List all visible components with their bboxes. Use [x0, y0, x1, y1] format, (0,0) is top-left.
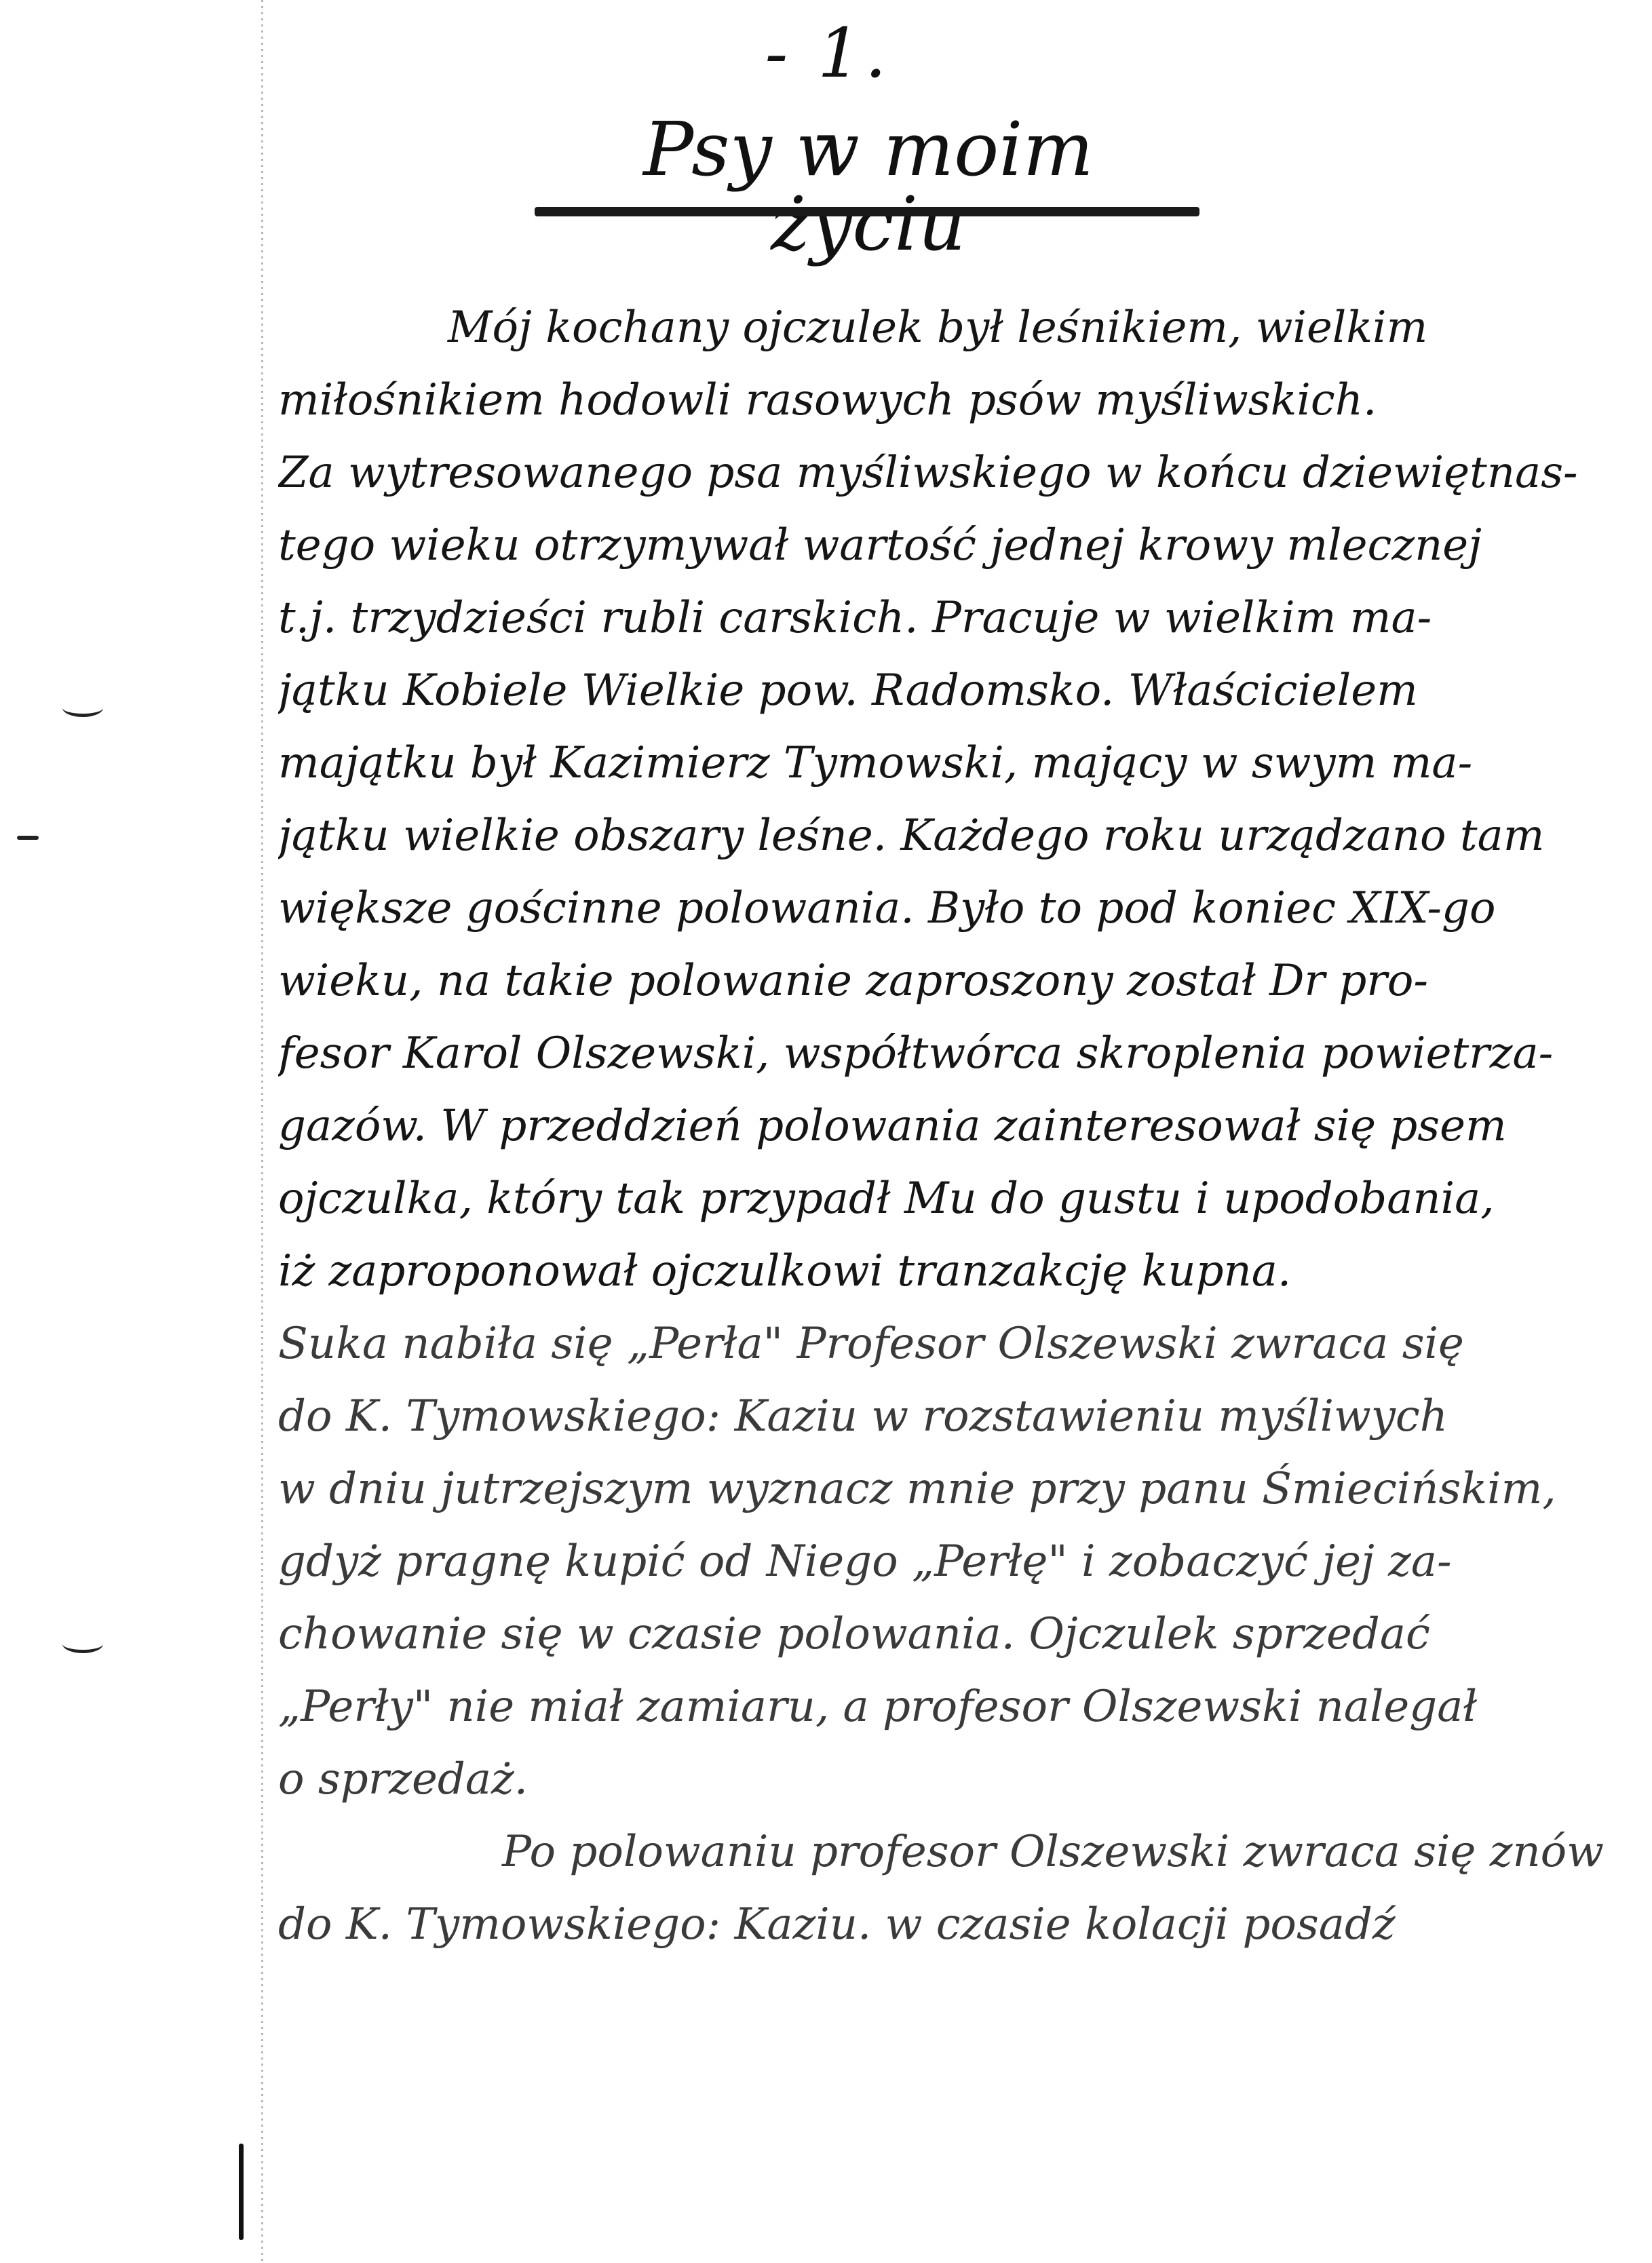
text-line: do K. Tymowskiego: Kaziu. w czasie kolac…	[278, 1889, 1635, 1961]
handwritten-body: Mój kochany ojczulek był leśnikiem, wiel…	[278, 292, 1635, 1961]
punch-hole-mark	[62, 699, 103, 717]
text-line: gdyż pragnę kupić od Niego „Perłę" i zob…	[278, 1526, 1635, 1598]
title-underline	[535, 207, 1199, 216]
text-line: fesor Karol Olszewski, współtwórca skrop…	[278, 1018, 1635, 1090]
text-line: Suka nabiła się „Perła" Profesor Olszews…	[278, 1308, 1635, 1380]
punch-hole-mark	[62, 1635, 103, 1653]
text-line: t.j. trzydzieści rubli carskich. Pracuje…	[278, 582, 1635, 655]
margin-dash-mark	[17, 836, 39, 840]
text-line: majątku był Kazimierz Tymowski, mający w…	[278, 727, 1635, 800]
text-line: w dniu jutrzejszym wyznacz mnie przy pan…	[278, 1453, 1635, 1526]
text-line: o sprzedaż.	[278, 1743, 1635, 1816]
page-title: Psy w moim życiu	[536, 112, 1201, 261]
text-line: chowanie się w czasie polowania. Ojczule…	[278, 1598, 1635, 1671]
text-line: większe gościnne polowania. Było to pod …	[278, 872, 1635, 945]
margin-ink-stroke	[239, 2144, 244, 2240]
text-line: gazów. W przeddzień polowania zaintereso…	[278, 1090, 1635, 1163]
text-line: Mój kochany ojczulek był leśnikiem, wiel…	[278, 292, 1635, 364]
text-line: do K. Tymowskiego: Kaziu w rozstawieniu …	[278, 1380, 1635, 1453]
text-line: miłośnikiem hodowli rasowych psów myśliw…	[278, 364, 1635, 437]
text-line: wieku, na takie polowanie zaproszony zos…	[278, 945, 1635, 1018]
text-line: tego wieku otrzymywał wartość jednej kro…	[278, 509, 1635, 582]
text-line: jątku Kobiele Wielkie pow. Radomsko. Wła…	[278, 655, 1635, 727]
text-line: jątku wielkie obszary leśne. Każdego rok…	[278, 800, 1635, 872]
text-line: Za wytresowanego psa myśliwskiego w końc…	[278, 437, 1635, 509]
text-line: ojczulka, który tak przypadł Mu do gustu…	[278, 1163, 1635, 1235]
text-line: „Perły" nie miał zamiaru, a profesor Ols…	[278, 1671, 1635, 1743]
text-line: Po polowaniu profesor Olszewski zwraca s…	[278, 1816, 1635, 1889]
left-margin-rule	[261, 0, 263, 2263]
text-line: iż zaproponował ojczulkowi tranzakcję ku…	[278, 1235, 1635, 1308]
